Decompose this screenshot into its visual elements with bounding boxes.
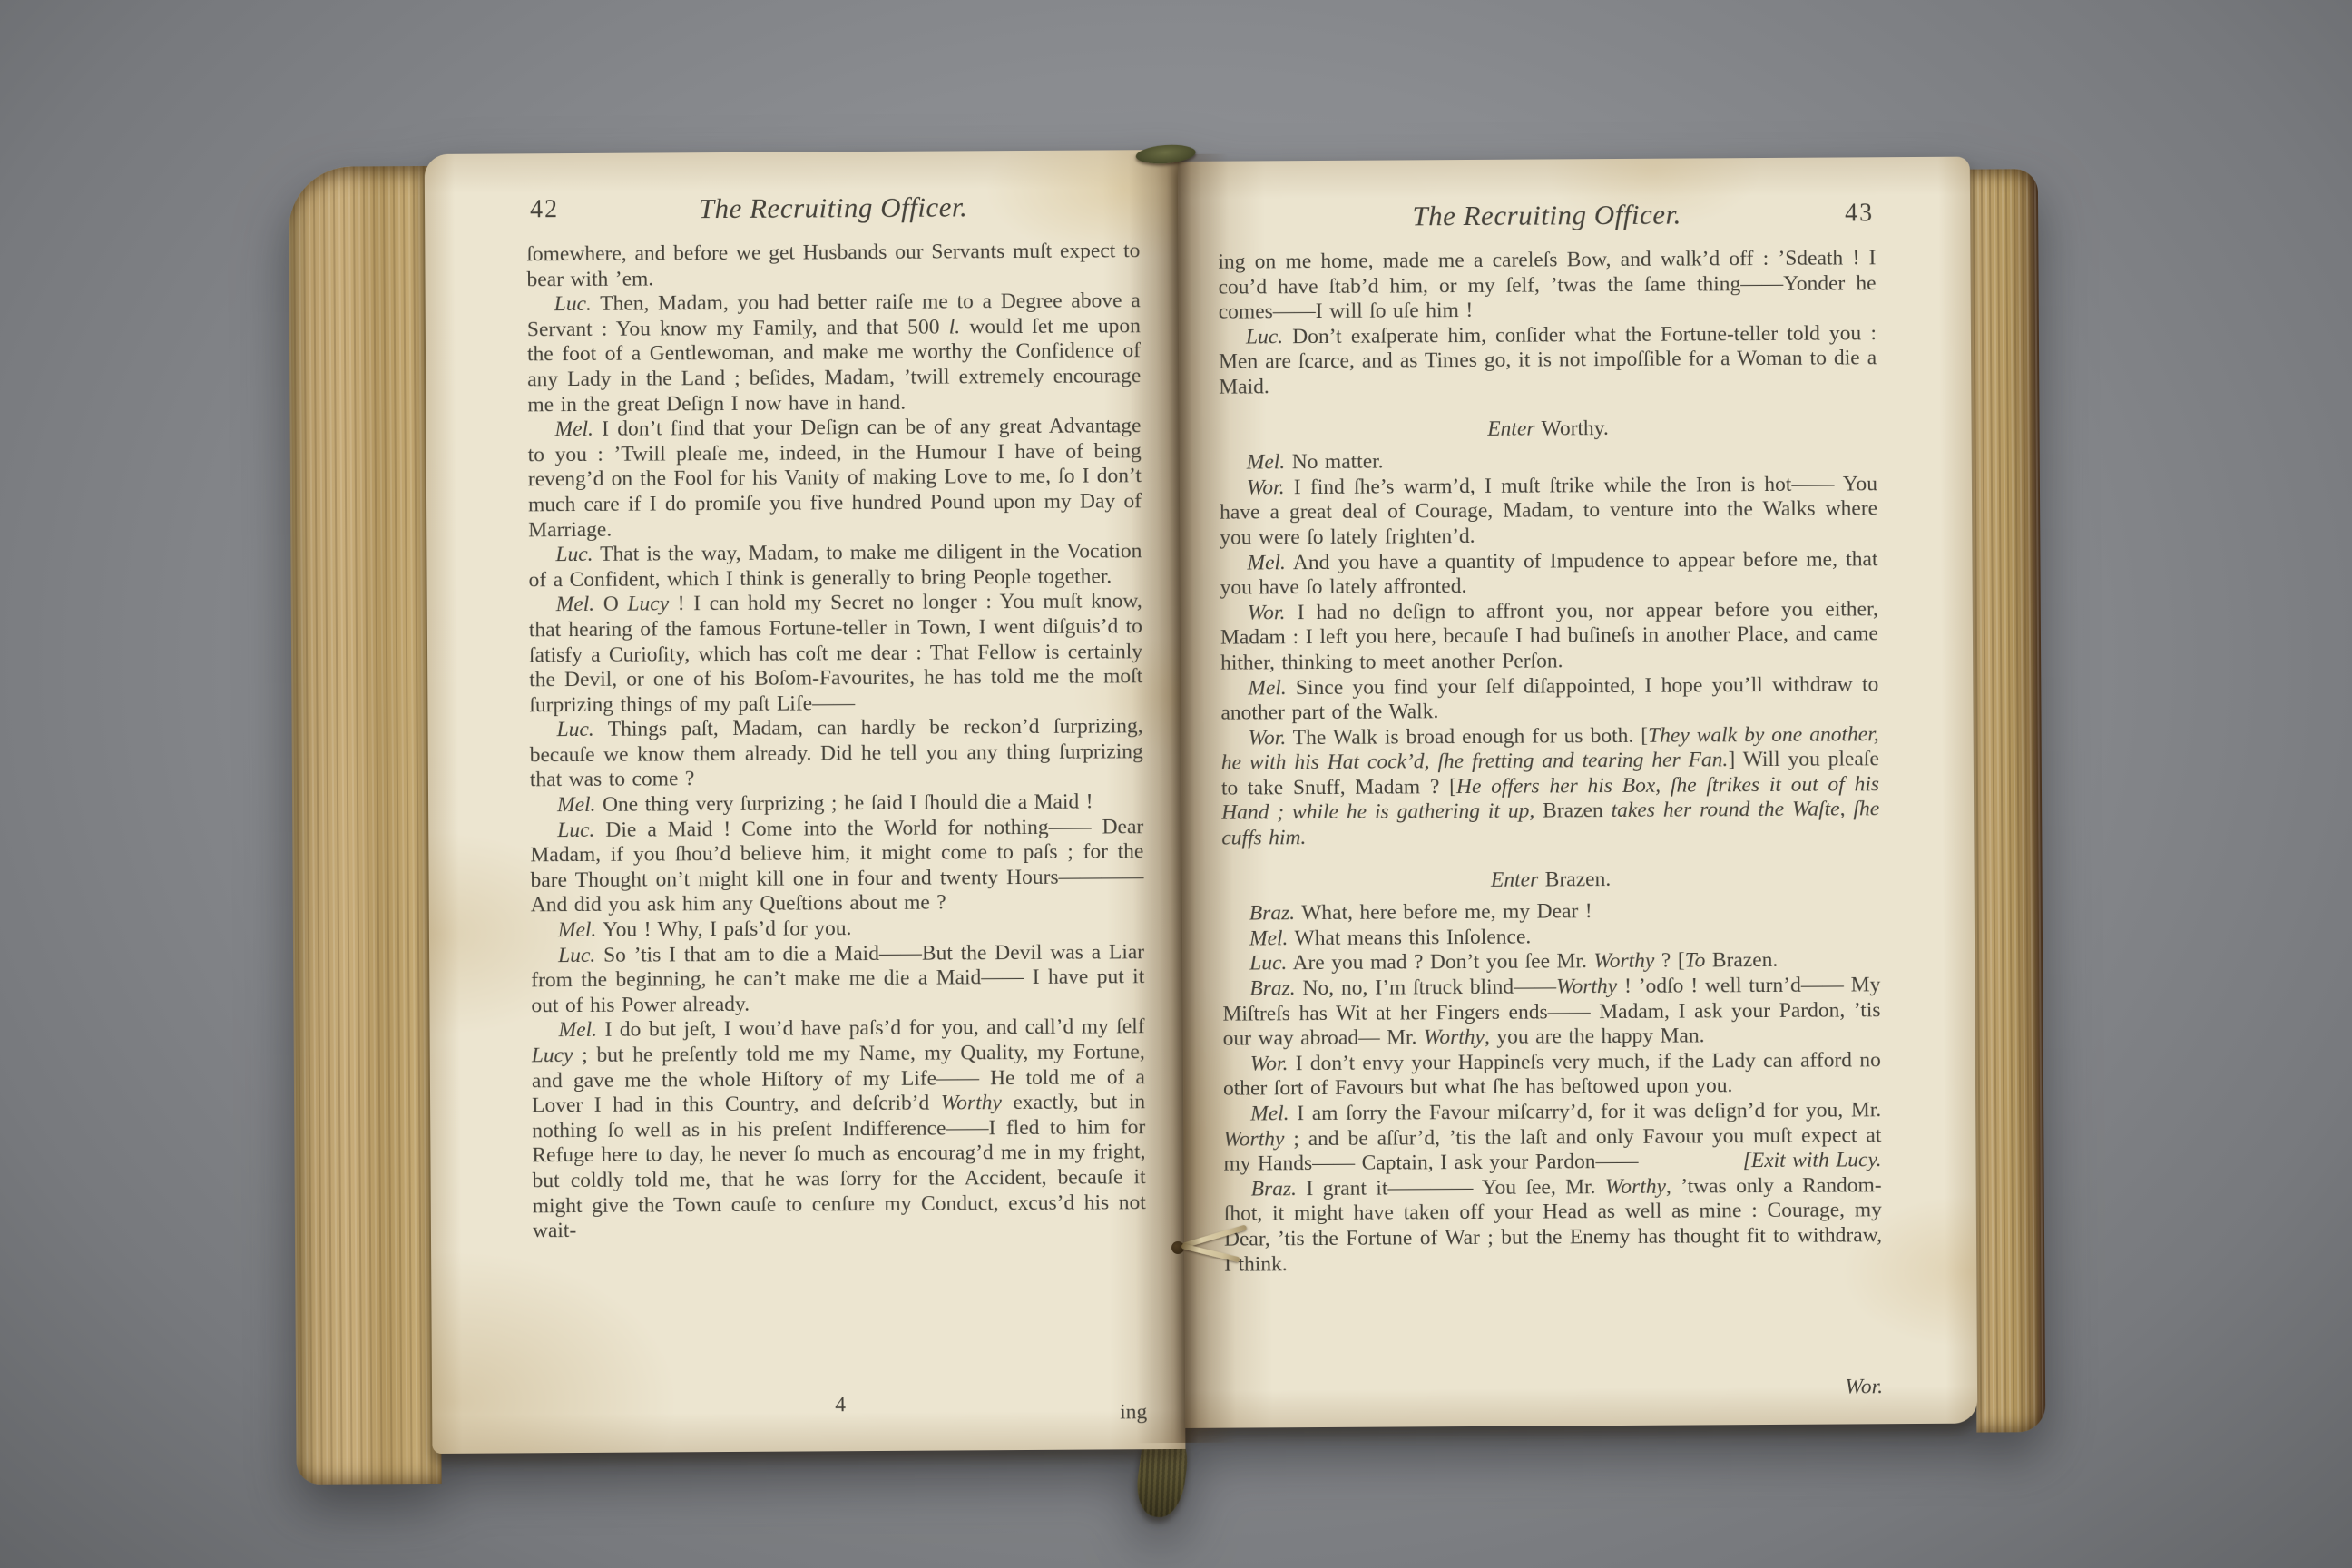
text-run: What, here before me, my Dear ! bbox=[1295, 899, 1592, 925]
text-run: Mel. bbox=[556, 593, 595, 616]
text-run: Worthy bbox=[1223, 1127, 1284, 1151]
text-run: You ! Why, I paſs’d for you. bbox=[596, 916, 851, 942]
dialogue-paragraph: Wor. I had no deſign to affront you, nor… bbox=[1220, 597, 1878, 676]
text-run: I had no deſign to affront you, nor appe… bbox=[1220, 597, 1878, 675]
left-page-header: 42 The Recruiting Officer. bbox=[526, 190, 1140, 233]
signature-mark: 4 bbox=[534, 1391, 1147, 1419]
dialogue-paragraph: Mel. I don’t find that your Deſign can b… bbox=[527, 414, 1142, 543]
text-run: No matter. bbox=[1285, 450, 1384, 475]
dialogue-paragraph: Wor. I find ſhe’s warm’d, I muſt ſtrike … bbox=[1220, 472, 1877, 551]
thread-knot bbox=[1171, 1241, 1184, 1254]
running-title-right: The Recruiting Officer. bbox=[1218, 197, 1876, 233]
text-run: So ’tis I that am to die a Maid——But the… bbox=[531, 940, 1144, 1017]
open-book: 42 The Recruiting Officer. ſomewhere, an… bbox=[288, 85, 2056, 1498]
text-run: ing on me home, made me a careleſs Bow, … bbox=[1218, 246, 1876, 324]
dialogue-paragraph: Luc. Then, Madam, you had better raiſe m… bbox=[527, 289, 1142, 417]
page-number-right: 43 bbox=[1845, 199, 1874, 228]
text-run: Lucy bbox=[627, 593, 669, 616]
text-run: Braz. bbox=[1249, 901, 1295, 925]
page-text: ing on me home, made me a careleſs Bow, … bbox=[1218, 246, 1882, 1278]
text-run: Mel. bbox=[558, 918, 597, 942]
text-run: Brazen bbox=[1534, 799, 1612, 824]
dialogue-paragraph: Mel. What means this Inſolence. bbox=[1222, 923, 1880, 952]
text-run: Lucy bbox=[532, 1044, 573, 1067]
text-run: Worthy bbox=[1593, 949, 1654, 973]
dialogue-paragraph: Mel. O Lucy ! I can hold my Secret no lo… bbox=[529, 590, 1143, 719]
right-page-header: The Recruiting Officer. 43 bbox=[1218, 197, 1876, 240]
text-run: I grant it———— You ſee, Mr. bbox=[1297, 1175, 1605, 1200]
dialogue-paragraph: Luc. Die a Maid ! Come into the World fo… bbox=[530, 815, 1144, 919]
text-run: Worthy. bbox=[1534, 416, 1609, 440]
text-run: Luc. bbox=[556, 718, 593, 741]
dialogue-paragraph: Luc. Are you mad ? Don’t you ſee Mr. Wor… bbox=[1222, 948, 1880, 977]
text-run: Are you mad ? Don’t you ſee Mr. bbox=[1287, 950, 1593, 975]
text-run: I don’t envy your Happineſs very much, i… bbox=[1223, 1048, 1881, 1101]
dialogue-paragraph: Mel. I do but jeſt, I wou’d have paſs’d … bbox=[532, 1015, 1147, 1244]
text-run: And you have a quantity of Impudence to … bbox=[1220, 547, 1878, 600]
dialogue-paragraph: ſomewhere, and before we get Husbands ou… bbox=[526, 239, 1140, 292]
text-run: Worthy bbox=[1556, 975, 1617, 998]
left-page-inner: 42 The Recruiting Officer. ſomewhere, an… bbox=[425, 150, 1186, 1454]
dialogue-paragraph: Luc. Things paſt, Madam, can hardly be r… bbox=[529, 714, 1142, 793]
text-run: Wor. bbox=[1249, 726, 1287, 750]
dialogue-paragraph: ing on me home, made me a careleſs Bow, … bbox=[1218, 246, 1876, 325]
text-run: Mel. bbox=[1249, 926, 1289, 950]
text-run: No, no, I’m ſtruck blind—— bbox=[1296, 975, 1557, 1000]
fore-edge-left bbox=[289, 166, 442, 1485]
text-run: Wor. bbox=[1247, 475, 1285, 499]
dialogue-paragraph: Mel. Since you find your ſelf diſappoint… bbox=[1220, 672, 1878, 727]
text-run: Luc. bbox=[555, 543, 593, 566]
text-run: Mel. bbox=[1247, 450, 1286, 474]
text-run: Mel. bbox=[1247, 551, 1286, 574]
text-run: What means this Inſolence. bbox=[1288, 925, 1531, 950]
catchword-right: Wor. bbox=[1845, 1375, 1883, 1399]
text-run: Die a Maid ! Come into the World for not… bbox=[530, 815, 1143, 917]
text-run: l. bbox=[949, 315, 961, 338]
left-page: 42 The Recruiting Officer. ſomewhere, an… bbox=[425, 150, 1186, 1454]
text-run: Brazen. bbox=[1705, 948, 1778, 972]
left-page-footer: 4 ing bbox=[534, 1387, 1147, 1433]
text-run: Mel. bbox=[1250, 1102, 1289, 1125]
text-run: Mel. bbox=[557, 793, 596, 817]
text-run: [Exit with Lucy. bbox=[1716, 1148, 1882, 1174]
text-run: ? [ bbox=[1654, 949, 1684, 973]
text-run: Wor. bbox=[1248, 601, 1286, 624]
text-run: Worthy bbox=[1605, 1174, 1666, 1198]
text-run: Luc. bbox=[554, 292, 592, 316]
text-run: Since you find your ſelf diſappointed, I… bbox=[1220, 672, 1878, 725]
stage-direction: Enter Worthy. bbox=[1219, 415, 1877, 444]
text-run: I don’t find that your Deſign can be of … bbox=[528, 414, 1142, 542]
text-run: I find ſhe’s warm’d, I muſt ſtrike while… bbox=[1220, 472, 1877, 550]
dialogue-paragraph: Mel. You ! Why, I paſs’d for you. bbox=[531, 915, 1144, 944]
text-run: Luc. bbox=[557, 818, 594, 842]
page-text: ſomewhere, and before we get Husbands ou… bbox=[526, 239, 1146, 1244]
binding-thread bbox=[1171, 1226, 1255, 1276]
text-run: O bbox=[594, 593, 627, 616]
text-run: Wor. bbox=[1250, 1052, 1289, 1075]
right-page-inner: The Recruiting Officer. 43 ing on me hom… bbox=[1178, 157, 1978, 1428]
text-run: Things paſt, Madam, can hardly be reckon… bbox=[530, 714, 1143, 791]
text-run: I am ſorry the Favour miſcarry’d, for it… bbox=[1289, 1098, 1882, 1125]
text-run: ſomewhere, and before we get Husbands ou… bbox=[526, 239, 1140, 291]
dialogue-paragraph: Wor. The Walk is broad enough for us bot… bbox=[1221, 722, 1880, 851]
text-run: Enter bbox=[1491, 867, 1538, 891]
text-run: To bbox=[1685, 949, 1706, 973]
dialogue-paragraph: Mel. One thing very ſurprizing ; he ſaid… bbox=[530, 789, 1143, 818]
text-run: I do but jeſt, I wou’d have paſs’d for y… bbox=[597, 1015, 1145, 1043]
text-run: That is the way, Madam, to make me dilig… bbox=[528, 539, 1142, 592]
dialogue-paragraph: Luc. Don’t exaſperate him, conſider what… bbox=[1219, 321, 1877, 400]
text-run: Luc. bbox=[1246, 325, 1283, 348]
dialogue-paragraph: Braz. No, no, I’m ſtruck blind——Worthy !… bbox=[1222, 973, 1880, 1052]
text-run: Luc. bbox=[558, 944, 595, 967]
text-run: Mel. bbox=[1248, 676, 1287, 700]
dialogue-paragraph: Luc. That is the way, Madam, to make me … bbox=[528, 539, 1142, 593]
text-run: , you are the happy Man. bbox=[1485, 1024, 1705, 1049]
dialogue-paragraph: Wor. I don’t envy your Happineſs very mu… bbox=[1223, 1048, 1881, 1102]
dialogue-paragraph: Braz. What, here before me, my Dear ! bbox=[1222, 897, 1880, 926]
text-run: Braz. bbox=[1251, 1177, 1297, 1200]
text-run: One thing very ſurprizing ; he ſaid I ſh… bbox=[595, 790, 1093, 817]
text-run: Mel. bbox=[559, 1018, 598, 1042]
text-run: Worthy bbox=[941, 1091, 1002, 1114]
photo-background: 42 The Recruiting Officer. ſomewhere, an… bbox=[0, 0, 2352, 1568]
text-run: Enter bbox=[1487, 416, 1534, 440]
right-page-footer: Wor. bbox=[1225, 1362, 1883, 1407]
text-run: Braz. bbox=[1249, 976, 1295, 1000]
right-page: The Recruiting Officer. 43 ing on me hom… bbox=[1178, 157, 1978, 1428]
fore-edge-right bbox=[1969, 169, 2046, 1432]
dialogue-paragraph: Mel. And you have a quantity of Impudenc… bbox=[1220, 547, 1877, 602]
dialogue-paragraph: Braz. I grant it———— You ſee, Mr. Worthy… bbox=[1224, 1173, 1883, 1278]
catchword-left: ing bbox=[1120, 1400, 1147, 1425]
text-run: Mel. bbox=[554, 417, 593, 441]
text-run: Worthy bbox=[1424, 1025, 1485, 1049]
dialogue-paragraph: Mel. No matter. bbox=[1220, 446, 1877, 475]
text-run: The Walk is broad enough for us both. [ bbox=[1286, 723, 1648, 749]
dialogue-paragraph: Luc. So ’tis I that am to die a Maid——Bu… bbox=[531, 940, 1144, 1019]
stage-direction: Enter Brazen. bbox=[1222, 866, 1880, 895]
text-run: Brazen. bbox=[1538, 867, 1611, 891]
running-title-left: The Recruiting Officer. bbox=[526, 190, 1140, 226]
text-run: Don’t exaſperate him, conſider what the … bbox=[1219, 321, 1877, 399]
dialogue-paragraph: Mel. I am ſorry the Favour miſcarry’d, f… bbox=[1223, 1098, 1881, 1177]
text-run: Luc. bbox=[1249, 952, 1287, 975]
